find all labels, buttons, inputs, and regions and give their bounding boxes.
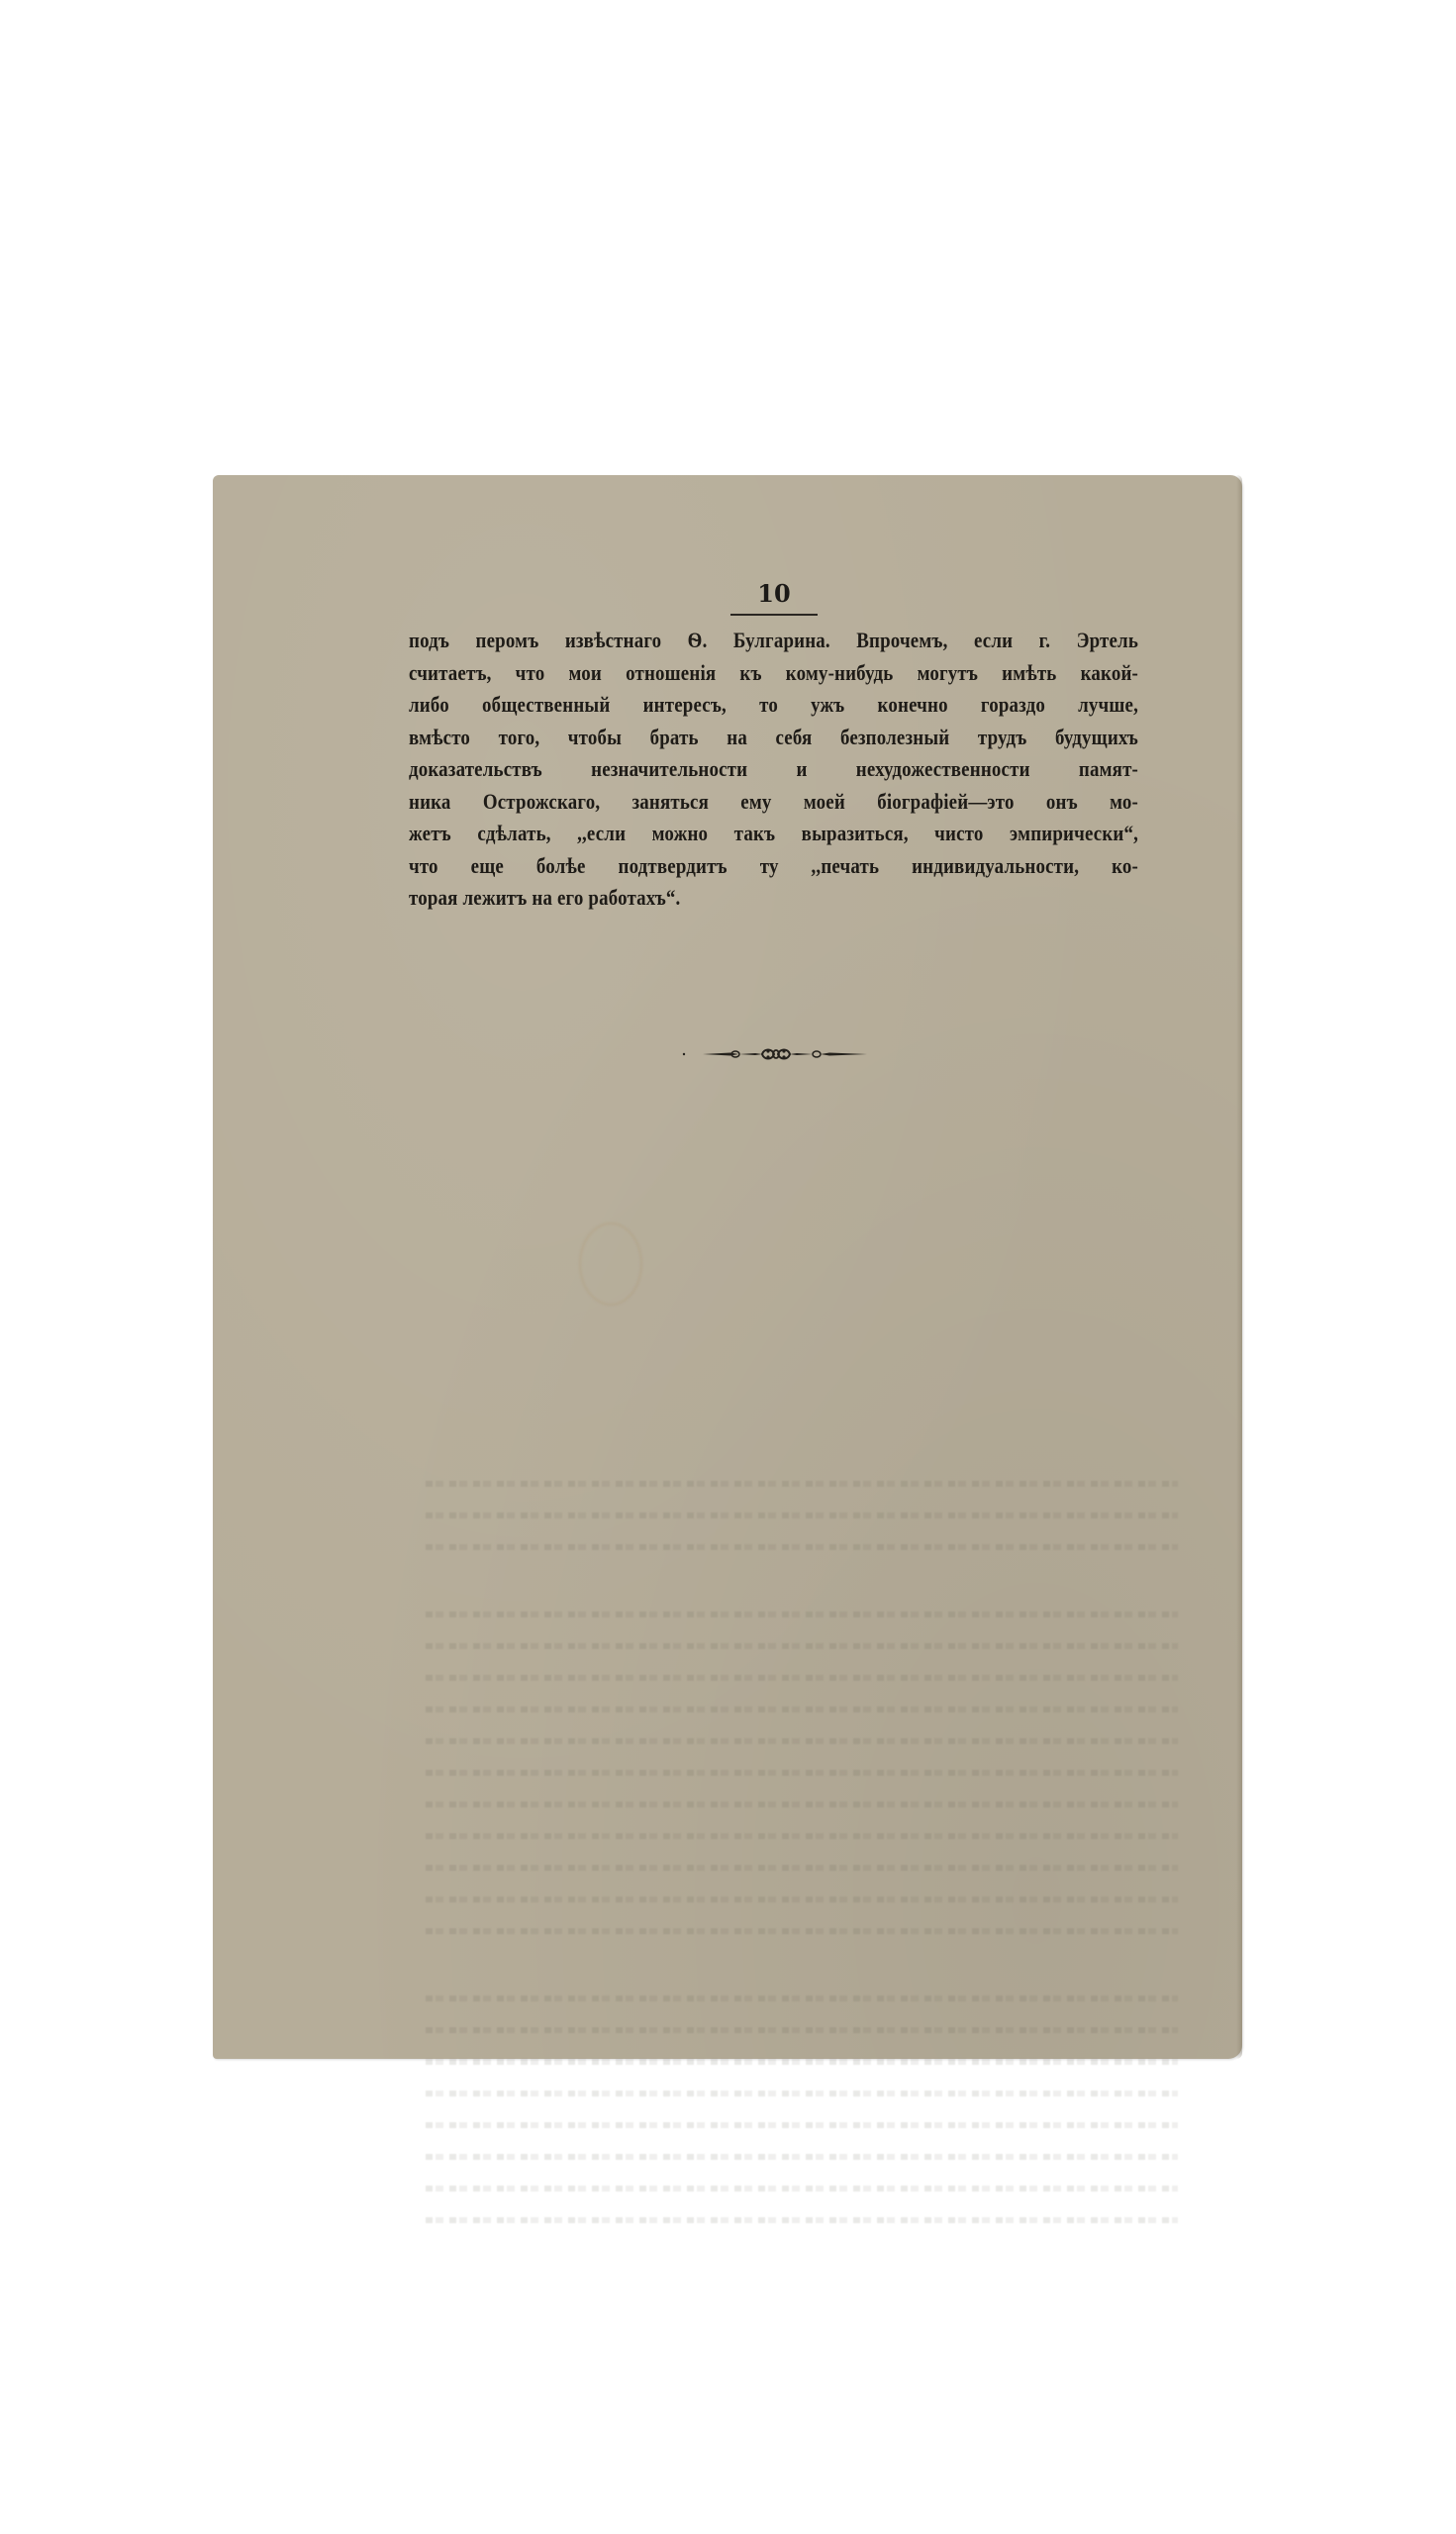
ornamental-divider-icon bbox=[681, 1045, 871, 1063]
book-page: 10 подъ перомъ извѣстнаго Ѳ. Булгарина. … bbox=[213, 475, 1242, 2059]
page-number-underline bbox=[730, 614, 818, 616]
text-line: подъ перомъ извѣстнаго Ѳ. Булгарина. Впр… bbox=[409, 625, 1138, 657]
text-line: либо общественный интересъ, то ужъ конеч… bbox=[409, 689, 1138, 722]
paper-stain bbox=[579, 1222, 642, 1306]
bleed-through-text bbox=[426, 1089, 1178, 2249]
text-line: доказательствъ незначительности и нехудо… bbox=[409, 753, 1138, 786]
text-line: жетъ сдѣлать, ,,если можно такъ выразить… bbox=[409, 818, 1138, 850]
text-line: что еще болѣе подтвердитъ ту ,,печать ин… bbox=[409, 850, 1138, 883]
page-number: 10 bbox=[730, 580, 818, 608]
text-line: торая лежитъ на его работахъ“. bbox=[409, 882, 1138, 915]
paragraph: подъ перомъ извѣстнаго Ѳ. Булгарина. Впр… bbox=[409, 625, 1036, 915]
text-line: ника Острожскаго, заняться ему моей біог… bbox=[409, 786, 1138, 819]
page-edge bbox=[1236, 475, 1242, 2059]
text-line: считаетъ, что мои отношенія къ кому-нибу… bbox=[409, 657, 1138, 690]
text-line: вмѣсто того, чтобы брать на себя безполе… bbox=[409, 722, 1138, 754]
